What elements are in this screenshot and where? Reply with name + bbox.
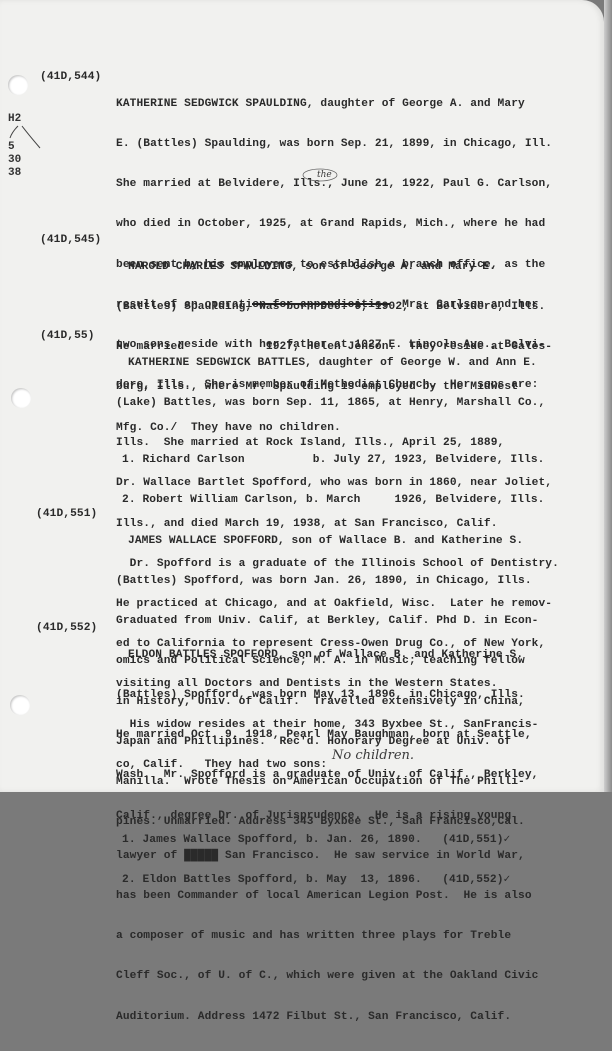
margin-number-2: 30 [8,154,21,167]
entry-line: ELDON BATTLES SPOFFORD, son of Wallace B… [128,649,598,662]
page-edge [604,0,612,792]
margin-number-3: 38 [8,167,21,180]
entry-line: Wash. Mr. Spofford is a graduate of Univ… [116,769,598,782]
entry-id: (41D,544) [40,71,101,84]
entry-line: Dr. Wallace Bartlet Spofford, who was bo… [116,477,598,490]
margin-number-1: 5 [8,141,15,154]
entry-id: (41D,545) [40,234,101,247]
handwritten-note: No children. [332,748,414,763]
entry-line: He married Oct. 9, 1918, Pearl May Baugh… [116,729,598,742]
entry-line: Ills. She married at Rock Island, Ills.,… [116,437,598,450]
punch-hole-middle [11,388,31,408]
entry-line: JAMES WALLACE SPOFFORD, son of Wallace B… [128,535,598,548]
entry-body: ELDON BATTLES SPOFFORD, son of Wallace B… [128,622,598,792]
entry-line: (Battles) Spofford, was born Jan. 26, 18… [116,575,598,588]
entry-line: KATHERINE SEDGWICK SPAULDING, daughter o… [116,98,586,111]
entry-line: who died in October, 1925, at Grand Rapi… [116,218,586,231]
punch-hole-bottom [10,695,30,715]
entry-line: She married at Belvidere, Ills., June 21… [116,178,586,191]
punch-hole-top [8,75,28,95]
entry-line: E. (Battles) Spaulding, was born Sep. 21… [116,138,586,151]
entry-id: (41D,551) [36,508,97,521]
entry-line: (Lake) Battles, was born Sep. 11, 1865, … [116,397,598,410]
entry-id: (41D,552) [36,622,97,635]
section-divider [252,303,390,305]
annotation-circle-icon [300,166,340,184]
entry-id: (41D,55) [40,330,95,343]
entry-line: KATHERINE SEDGWICK BATTLES, daughter of … [128,357,598,370]
entry-line: HAROLD CHARLES SPAULDING, son of George … [128,261,598,274]
entry-line: (Battles) Spofford, was born May 13, 189… [116,689,598,702]
